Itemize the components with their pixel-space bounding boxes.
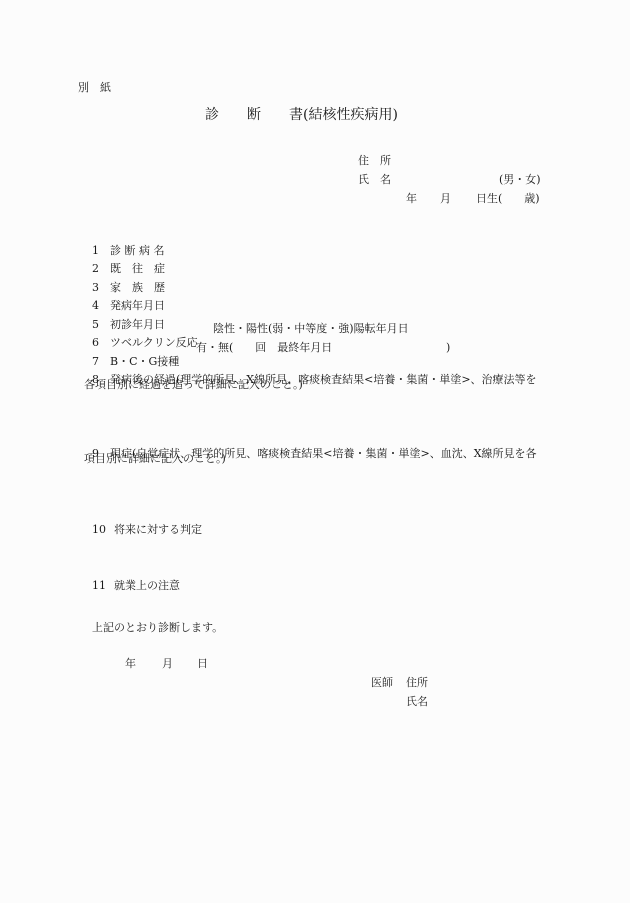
doctor-label: 医師 (371, 676, 393, 690)
annex-label: 別 紙 (78, 81, 111, 95)
tuberculin-result-options: 陰性・陽性(弱・中等度・強)陽転年月日 (213, 322, 409, 336)
patient-sex-options: (男・女) (499, 173, 541, 187)
item-number: 11 (92, 579, 114, 593)
date-month-label: 月 (162, 657, 173, 671)
patient-name-label: 氏 名 (358, 173, 391, 187)
bcg-close-paren: ) (446, 341, 450, 355)
doctor-name-label: 氏名 (406, 695, 428, 709)
patient-address-label: 住 所 (358, 154, 391, 168)
date-year-label: 年 (125, 657, 136, 671)
item-number: 10 (92, 523, 114, 537)
birth-year-label: 年 (406, 192, 417, 206)
birth-day-age-label: 日生( 歳) (476, 192, 540, 206)
item-label: 将来に対する判定 (114, 523, 202, 536)
doctor-address-label: 住所 (406, 676, 428, 690)
item-10: 10将来に対する判定 (78, 509, 202, 551)
diagnosis-statement: 上記のとおり診断します。 (92, 621, 223, 635)
birth-month-label: 月 (440, 192, 451, 206)
item-11: 11就業上の注意 (78, 565, 180, 607)
item-8-continuation: 各項目別に経過を追って詳細に記入のこと。) (84, 378, 303, 392)
date-day-label: 日 (197, 657, 208, 671)
item-label: 就業上の注意 (114, 579, 180, 592)
item-9-continuation: 項目別に詳細に記入のこと。) (84, 452, 226, 466)
document-title: 診 断 書(結核性疾病用) (205, 106, 398, 124)
bcg-options: 有・無( 回 最終年月日 (196, 341, 332, 355)
